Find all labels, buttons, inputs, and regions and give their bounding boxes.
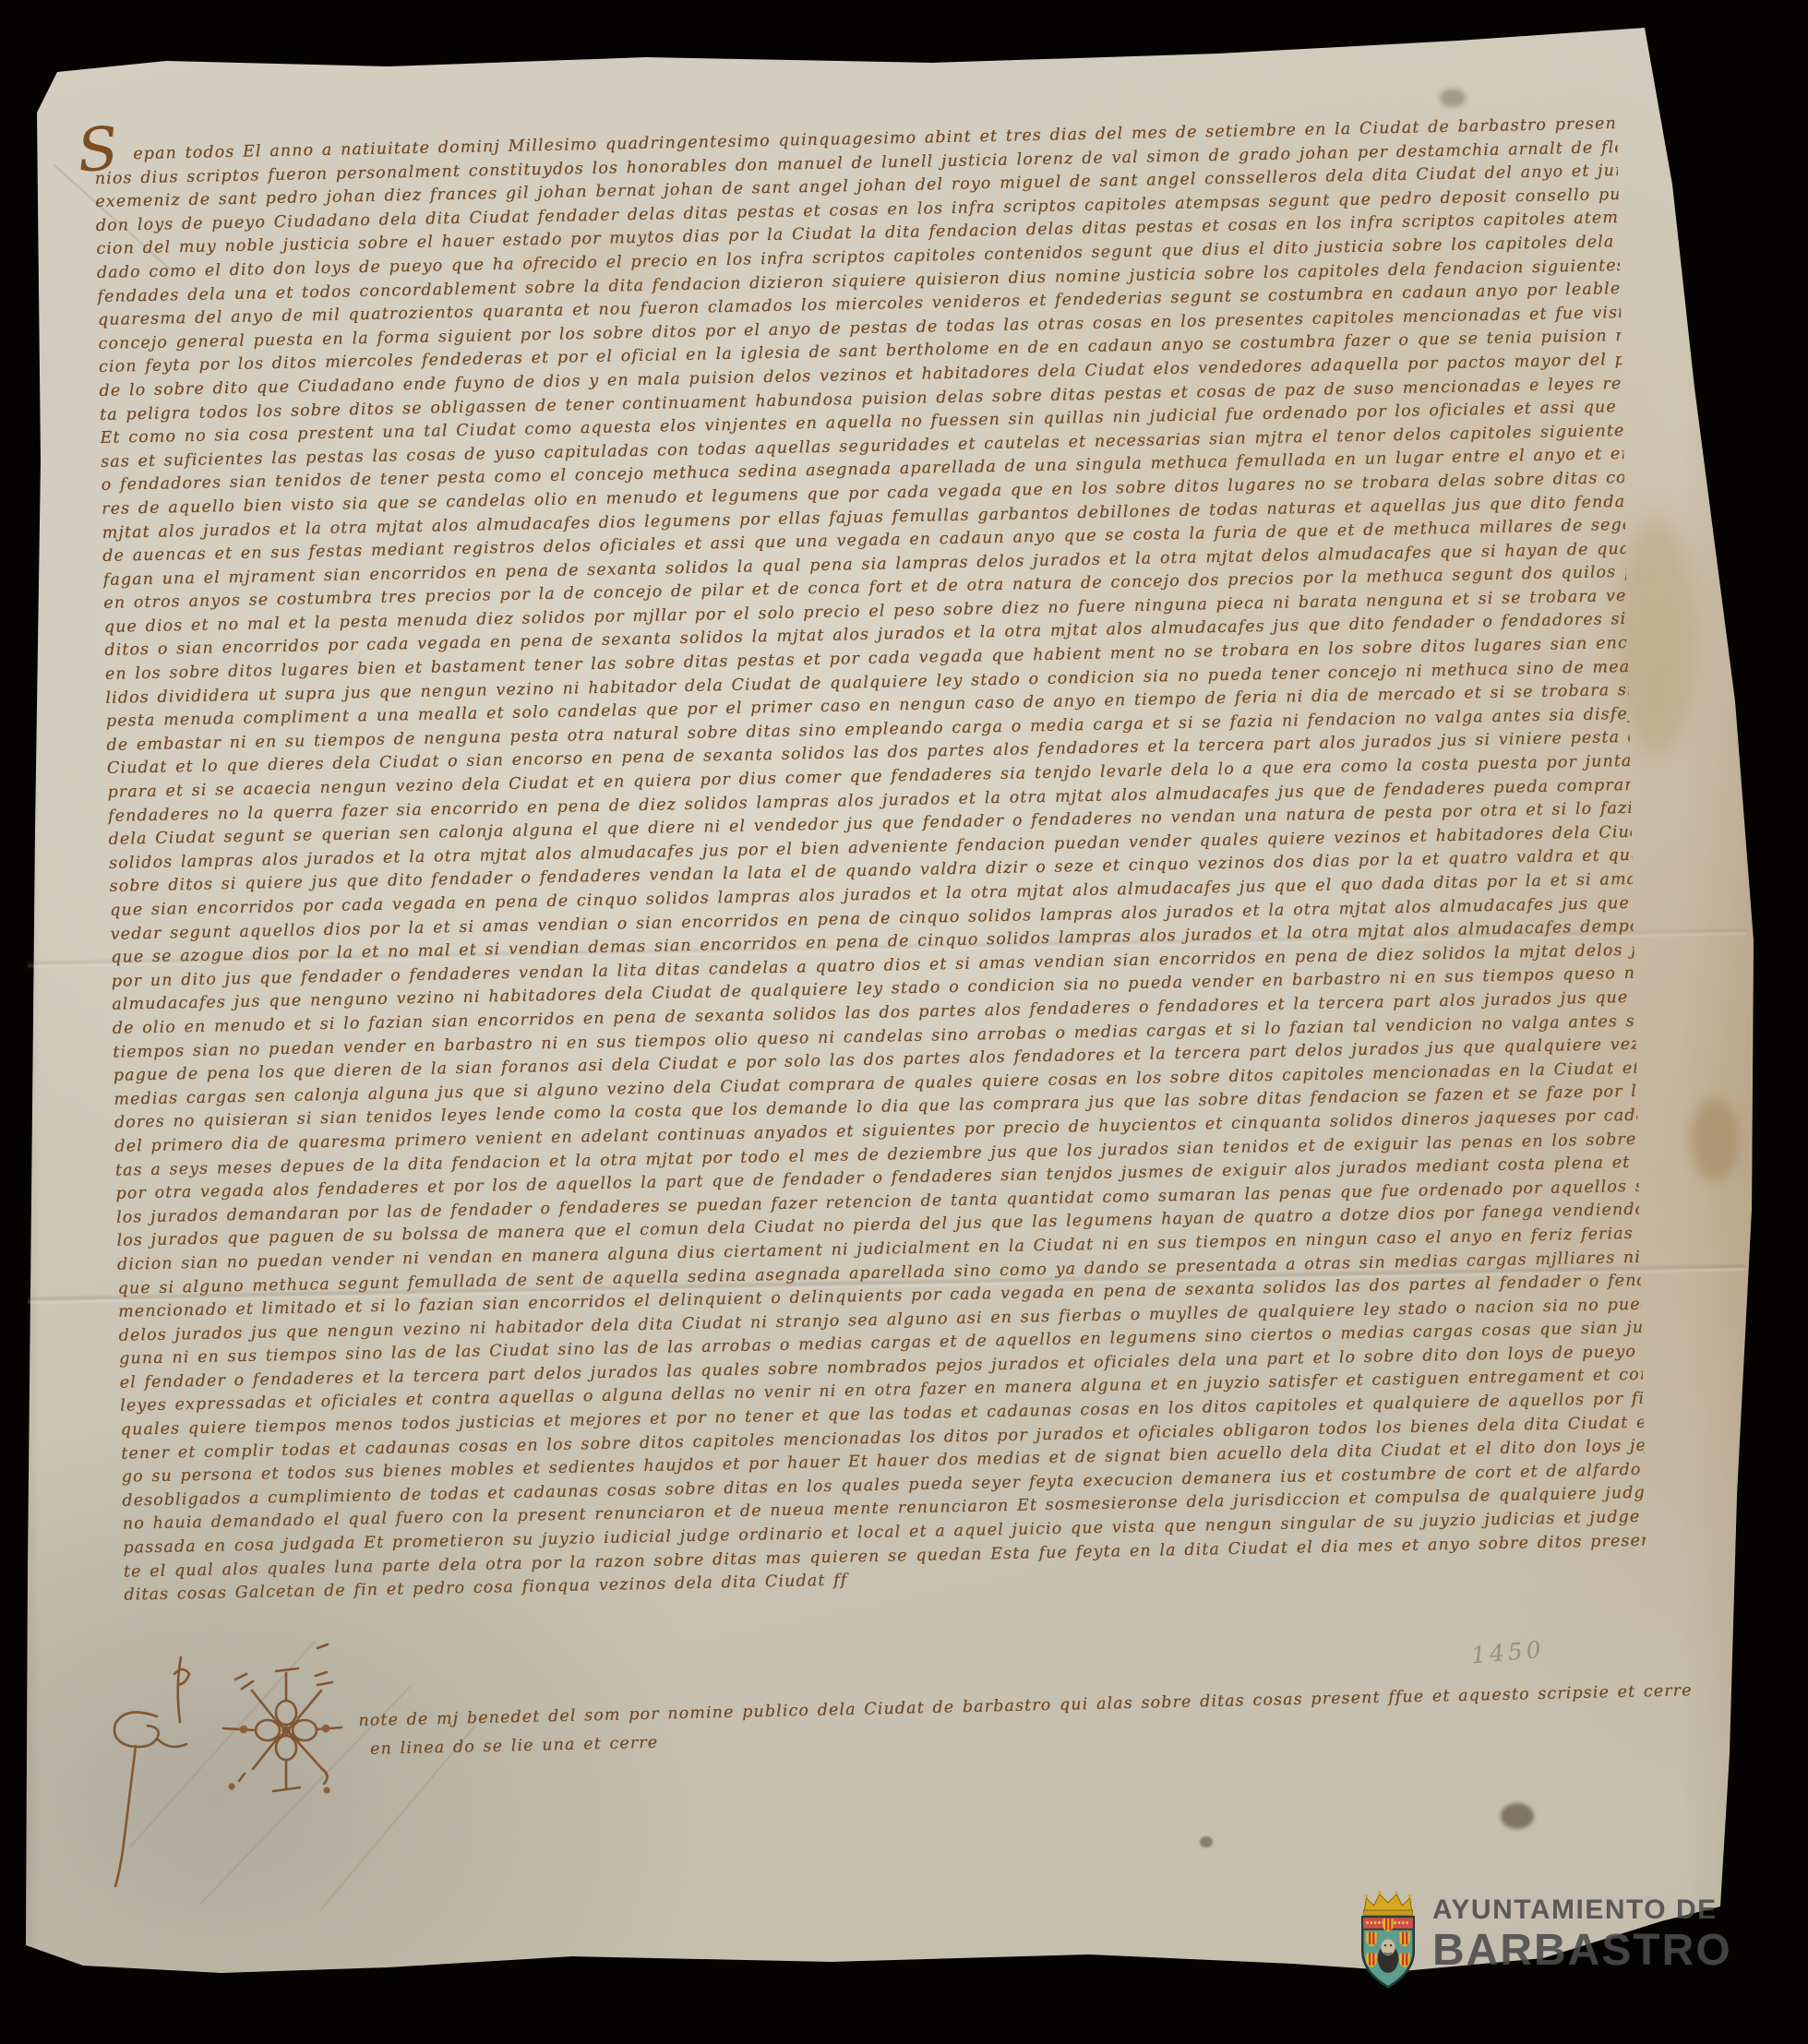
watermark-text: AYUNTAMIENTO DE BARBASTRO xyxy=(1432,1890,1732,1973)
photograph-of-parchment-charter: S epan todos El anno a natiuitate dominj… xyxy=(0,0,1808,2044)
watermark-line1: AYUNTAMIENTO DE xyxy=(1432,1895,1732,1925)
parchment-stain xyxy=(1200,1836,1213,1847)
watermark-line2: BARBASTRO xyxy=(1432,1929,1732,1973)
coat-of-arms-icon xyxy=(1353,1890,1423,1991)
parchment-stain xyxy=(1440,89,1466,107)
notarial-sign-icon xyxy=(85,1632,362,1901)
parchment-stain xyxy=(1691,1098,1739,1181)
crown xyxy=(1363,1891,1412,1915)
manuscript-lines: epan todos El anno a natiuitate dominj M… xyxy=(94,113,1647,1644)
sig-flourish xyxy=(114,1657,189,1886)
parchment-stain xyxy=(1501,1803,1534,1829)
watermark-logo: AYUNTAMIENTO DE BARBASTRO xyxy=(1353,1890,1732,1991)
